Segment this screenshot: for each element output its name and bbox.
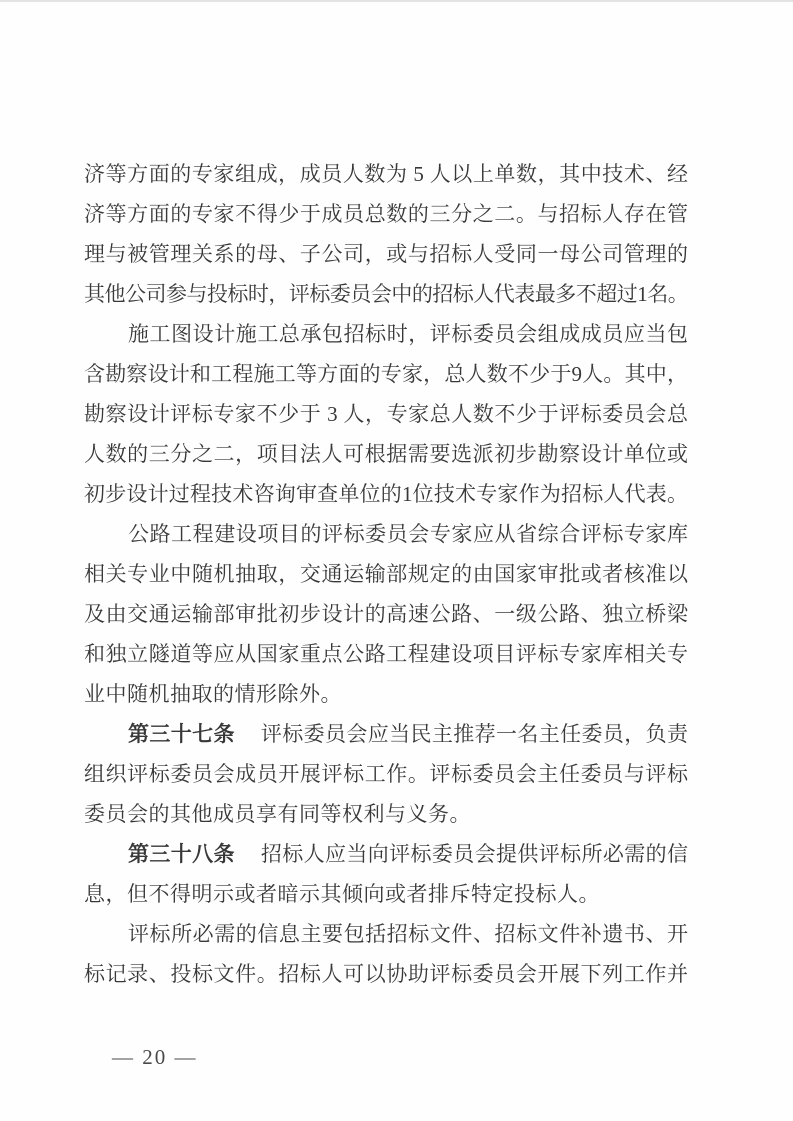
text-line: 和独立隧道等应从国家重点公路工程建设项目评标专家库相关专 <box>84 634 688 674</box>
article-text: 招标人应当向评标委员会提供评标所必需的信 <box>261 842 688 866</box>
article-number: 第三十七条 <box>128 722 235 746</box>
paragraph: 济等方面的专家组成，成员人数为 5 人以上单数，其中技术、经 济等方面的专家不得… <box>84 154 688 314</box>
paragraph: 公路工程建设项目的评标委员会专家应从省综合评标专家库 相关专业中随机抽取，交通运… <box>84 514 688 714</box>
text-line: 委员会的其他成员享有同等权利与义务。 <box>84 794 688 834</box>
text-line: 初步设计过程技术咨询审查单位的1位技术专家作为招标人代表。 <box>84 474 688 514</box>
article-text: 评标委员会应当民主推荐一名主任委员，负责 <box>261 722 688 746</box>
text-line: 第三十七条评标委员会应当民主推荐一名主任委员，负责 <box>84 714 688 754</box>
paragraph: 评标所必需的信息主要包括招标文件、招标文件补遗书、开 标记录、投标文件。招标人可… <box>84 914 688 994</box>
text-line: 组织评标委员会成员开展评标工作。评标委员会主任委员与评标 <box>84 754 688 794</box>
text-line: 勘察设计评标专家不少于 3 人，专家总人数不少于评标委员会总 <box>84 394 688 434</box>
text-line: 公路工程建设项目的评标委员会专家应从省综合评标专家库 <box>84 514 688 554</box>
text-line: 济等方面的专家不得少于成员总数的三分之二。与招标人存在管 <box>84 194 688 234</box>
text-line: 理与被管理关系的母、子公司，或与招标人受同一母公司管理的 <box>84 234 688 274</box>
paragraph: 施工图设计施工总承包招标时，评标委员会组成成员应当包 含勘察设计和工程施工等方面… <box>84 314 688 514</box>
article-number: 第三十八条 <box>128 842 235 866</box>
text-line: 相关专业中随机抽取，交通运输部规定的由国家审批或者核准以 <box>84 554 688 594</box>
text-line: 施工图设计施工总承包招标时，评标委员会组成成员应当包 <box>84 314 688 354</box>
text-line: 第三十八条招标人应当向评标委员会提供评标所必需的信 <box>84 834 688 874</box>
text-line: 业中随机抽取的情形除外。 <box>84 674 688 714</box>
text-line: 及由交通运输部审批初步设计的高速公路、一级公路、独立桥梁 <box>84 594 688 634</box>
page-number: — 20 — <box>112 1045 198 1069</box>
page-footer: — 20 — <box>112 1042 198 1072</box>
text-line: 息，但不得明示或者暗示其倾向或者排斥特定投标人。 <box>84 874 688 914</box>
document-body: 济等方面的专家组成，成员人数为 5 人以上单数，其中技术、经 济等方面的专家不得… <box>84 154 688 994</box>
scan-edge-artifact <box>0 0 793 2</box>
text-line: 含勘察设计和工程施工等方面的专家，总人数不少于9人。其中， <box>84 354 688 394</box>
document-page: 济等方面的专家组成，成员人数为 5 人以上单数，其中技术、经 济等方面的专家不得… <box>0 0 793 1121</box>
paragraph-article-38: 第三十八条招标人应当向评标委员会提供评标所必需的信 息，但不得明示或者暗示其倾向… <box>84 834 688 914</box>
text-line: 评标所必需的信息主要包括招标文件、招标文件补遗书、开 <box>84 914 688 954</box>
text-line: 济等方面的专家组成，成员人数为 5 人以上单数，其中技术、经 <box>84 154 688 194</box>
paragraph-article-37: 第三十七条评标委员会应当民主推荐一名主任委员，负责 组织评标委员会成员开展评标工… <box>84 714 688 834</box>
text-line: 标记录、投标文件。招标人可以协助评标委员会开展下列工作并 <box>84 954 688 994</box>
text-line: 其他公司参与投标时，评标委员会中的招标人代表最多不超过1名。 <box>84 274 688 314</box>
text-line: 人数的三分之二，项目法人可根据需要选派初步勘察设计单位或 <box>84 434 688 474</box>
